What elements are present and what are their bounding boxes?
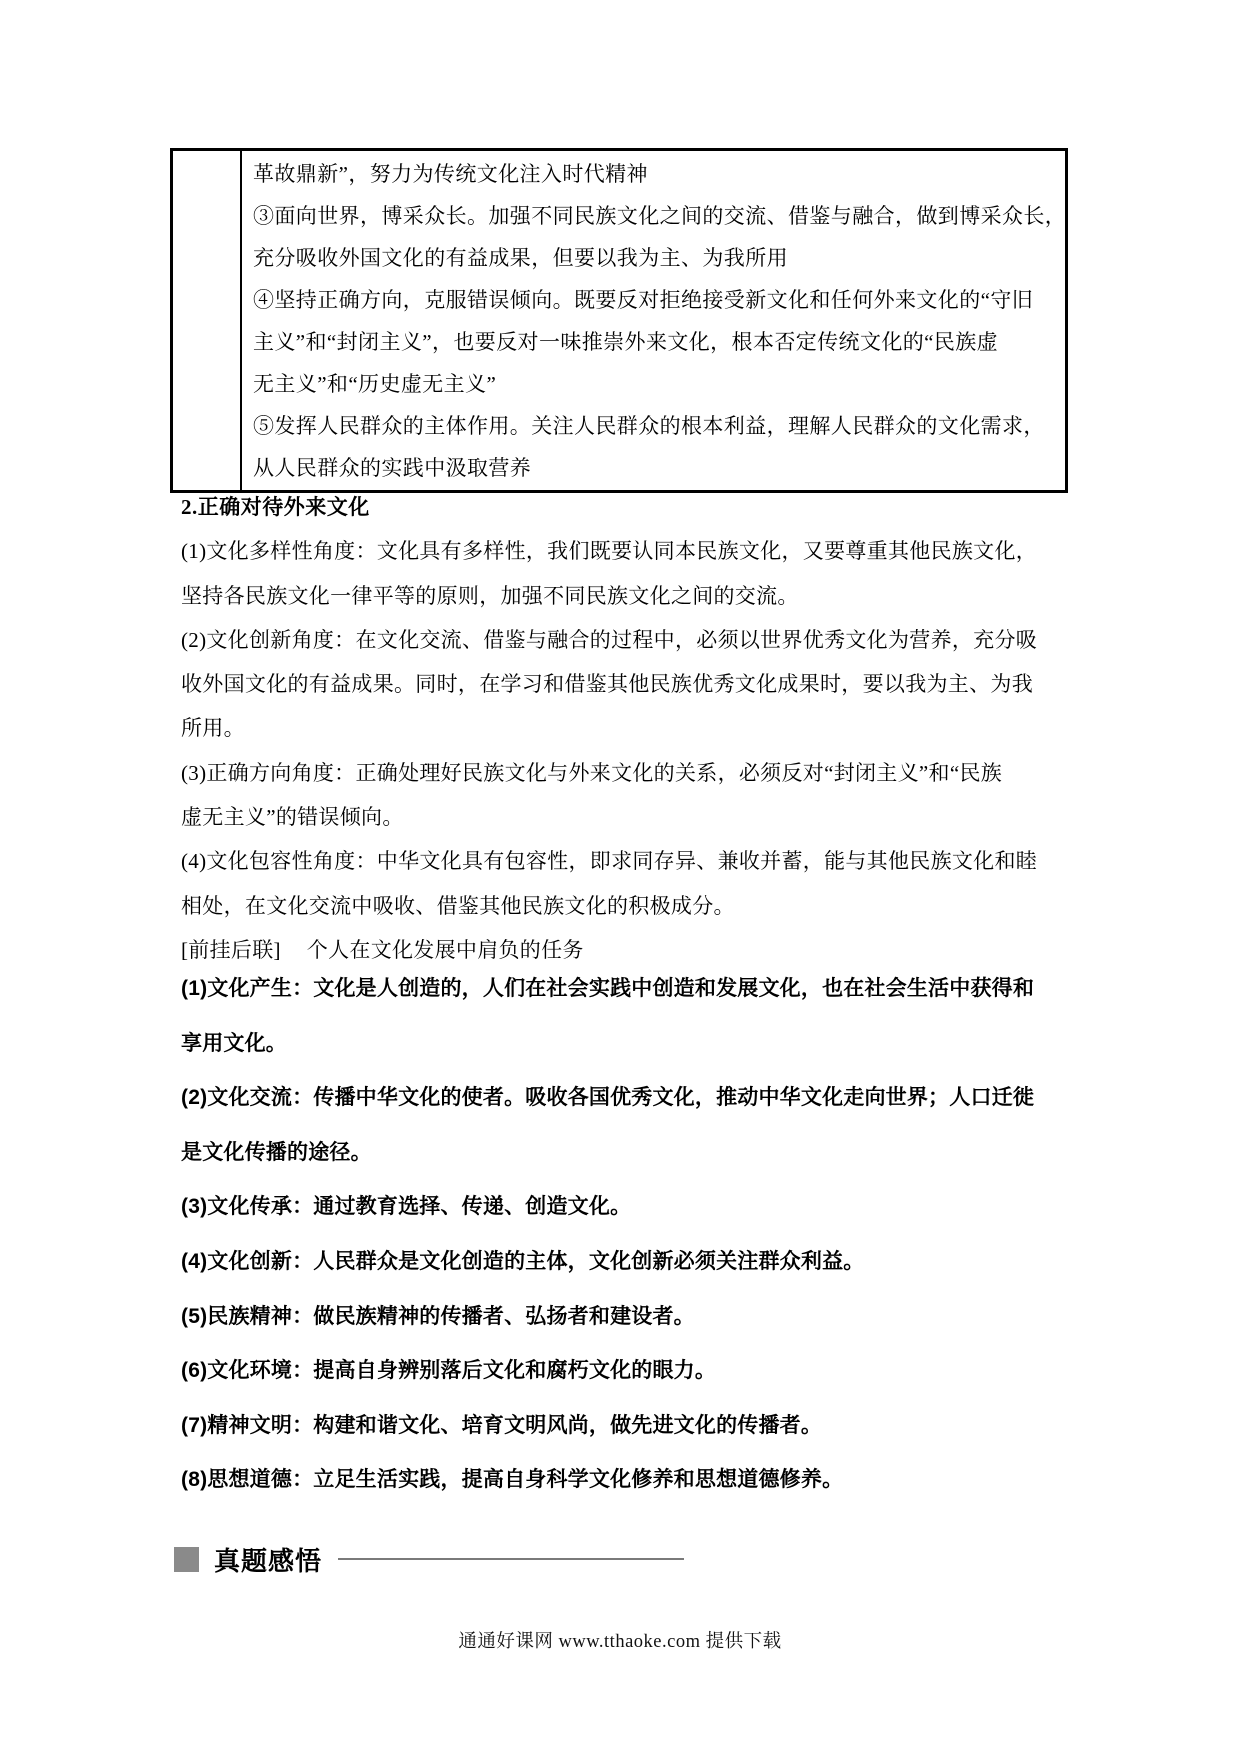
section-2-heading: 2.正确对待外来文化 [181,485,1077,529]
task-line: (7)精神文明：构建和谐文化、培育文明风尚，做先进文化的传播者。 [181,1399,1077,1454]
table-text-line: 无主义”和“历史虚无主义” [253,363,1057,405]
task-line: (4)文化创新：人民群众是文化创造的主体，文化创新必须关注群众利益。 [181,1235,1077,1290]
task-line: (6)文化环境：提高自身辨别落后文化和腐朽文化的眼力。 [181,1344,1077,1399]
table-content-cell: 革故鼎新”，努力为传统文化注入时代精神 ③面向世界，博采众长。加强不同民族文化之… [242,151,1065,490]
header-rule [338,1558,684,1560]
table-text-line: ⑤发挥人民群众的主体作用。关注人民群众的根本利益，理解人民群众的文化需求， [253,405,1057,447]
task-line: (8)思想道德：立足生活实践，提高自身科学文化修养和思想道德修养。 [181,1453,1077,1508]
task-line: (2)文化交流：传播中华文化的使者。吸收各国优秀文化，推动中华文化走向世界；人口… [181,1071,1077,1126]
bridge-tag: [前挂后联] [181,938,281,962]
table-text-line: ④坚持正确方向，克服错误倾向。既要反对拒绝接受新文化和任何外来文化的“守旧 [253,279,1057,321]
page-footer: 通通好课网 www.tthaoke.com 提供下载 [0,1627,1240,1653]
task-line: (5)民族精神：做民族精神的传播者、弘扬者和建设者。 [181,1290,1077,1345]
task-line: 享用文化。 [181,1017,1077,1072]
task-line: 是文化传播的途径。 [181,1126,1077,1181]
paragraph-line: 坚持各民族文化一律平等的原则，加强不同民族文化之间的交流。 [181,574,1077,618]
table-text-line: 充分吸收外国文化的有益成果，但要以我为主、为我所用 [253,237,1057,279]
table-text-line: 从人民群众的实践中汲取营养 [253,447,1057,489]
section-marker-icon [174,1547,199,1572]
paragraph-line: 收外国文化的有益成果。同时，在学习和借鉴其他民族优秀文化成果时，要以我为主、为我 [181,662,1077,706]
paragraph-line: 相处，在文化交流中吸收、借鉴其他民族文化的积极成分。 [181,884,1077,928]
comparison-table-continuation: 革故鼎新”，努力为传统文化注入时代精神 ③面向世界，博采众长。加强不同民族文化之… [170,148,1068,493]
bridge-text: 个人在文化发展中肩负的任务 [307,938,584,962]
task-line: (1)文化产生：文化是人创造的，人们在社会实践中创造和发展文化，也在社会生活中获… [181,962,1077,1017]
section-2: 2.正确对待外来文化 (1)文化多样性角度：文化具有多样性，我们既要认同本民族文… [181,485,1077,972]
exam-section-header: 真题感悟 [174,1544,684,1574]
task-line: (3)文化传承：通过教育选择、传递、创造文化。 [181,1180,1077,1235]
table-text-line: 革故鼎新”，努力为传统文化注入时代精神 [253,153,1057,195]
footer-text: 通通好课网 www.tthaoke.com 提供下载 [458,1632,781,1652]
paragraph-line: (2)文化创新角度：在文化交流、借鉴与融合的过程中，必须以世界优秀文化为营养，充… [181,618,1077,662]
table-left-column [173,151,242,490]
paragraph-line: 所用。 [181,706,1077,750]
tasks-list: (1)文化产生：文化是人创造的，人们在社会实践中创造和发展文化，也在社会生活中获… [181,962,1077,1508]
paragraph-line: (1)文化多样性角度：文化具有多样性，我们既要认同本民族文化，又要尊重其他民族文… [181,529,1077,573]
paragraph-line: (4)文化包容性角度：中华文化具有包容性，即求同存异、兼收并蓄，能与其他民族文化… [181,839,1077,883]
document-page: 革故鼎新”，努力为传统文化注入时代精神 ③面向世界，博采众长。加强不同民族文化之… [0,0,1240,1754]
table-text-line: ③面向世界，博采众长。加强不同民族文化之间的交流、借鉴与融合，做到博采众长， [253,195,1057,237]
paragraph-line: (3)正确方向角度：正确处理好民族文化与外来文化的关系，必须反对“封闭主义”和“… [181,751,1077,795]
exam-section-title: 真题感悟 [214,1541,322,1578]
table-text-line: 主义”和“封闭主义”，也要反对一味推崇外来文化，根本否定传统文化的“民族虚 [253,321,1057,363]
paragraph-line: 虚无主义”的错误倾向。 [181,795,1077,839]
